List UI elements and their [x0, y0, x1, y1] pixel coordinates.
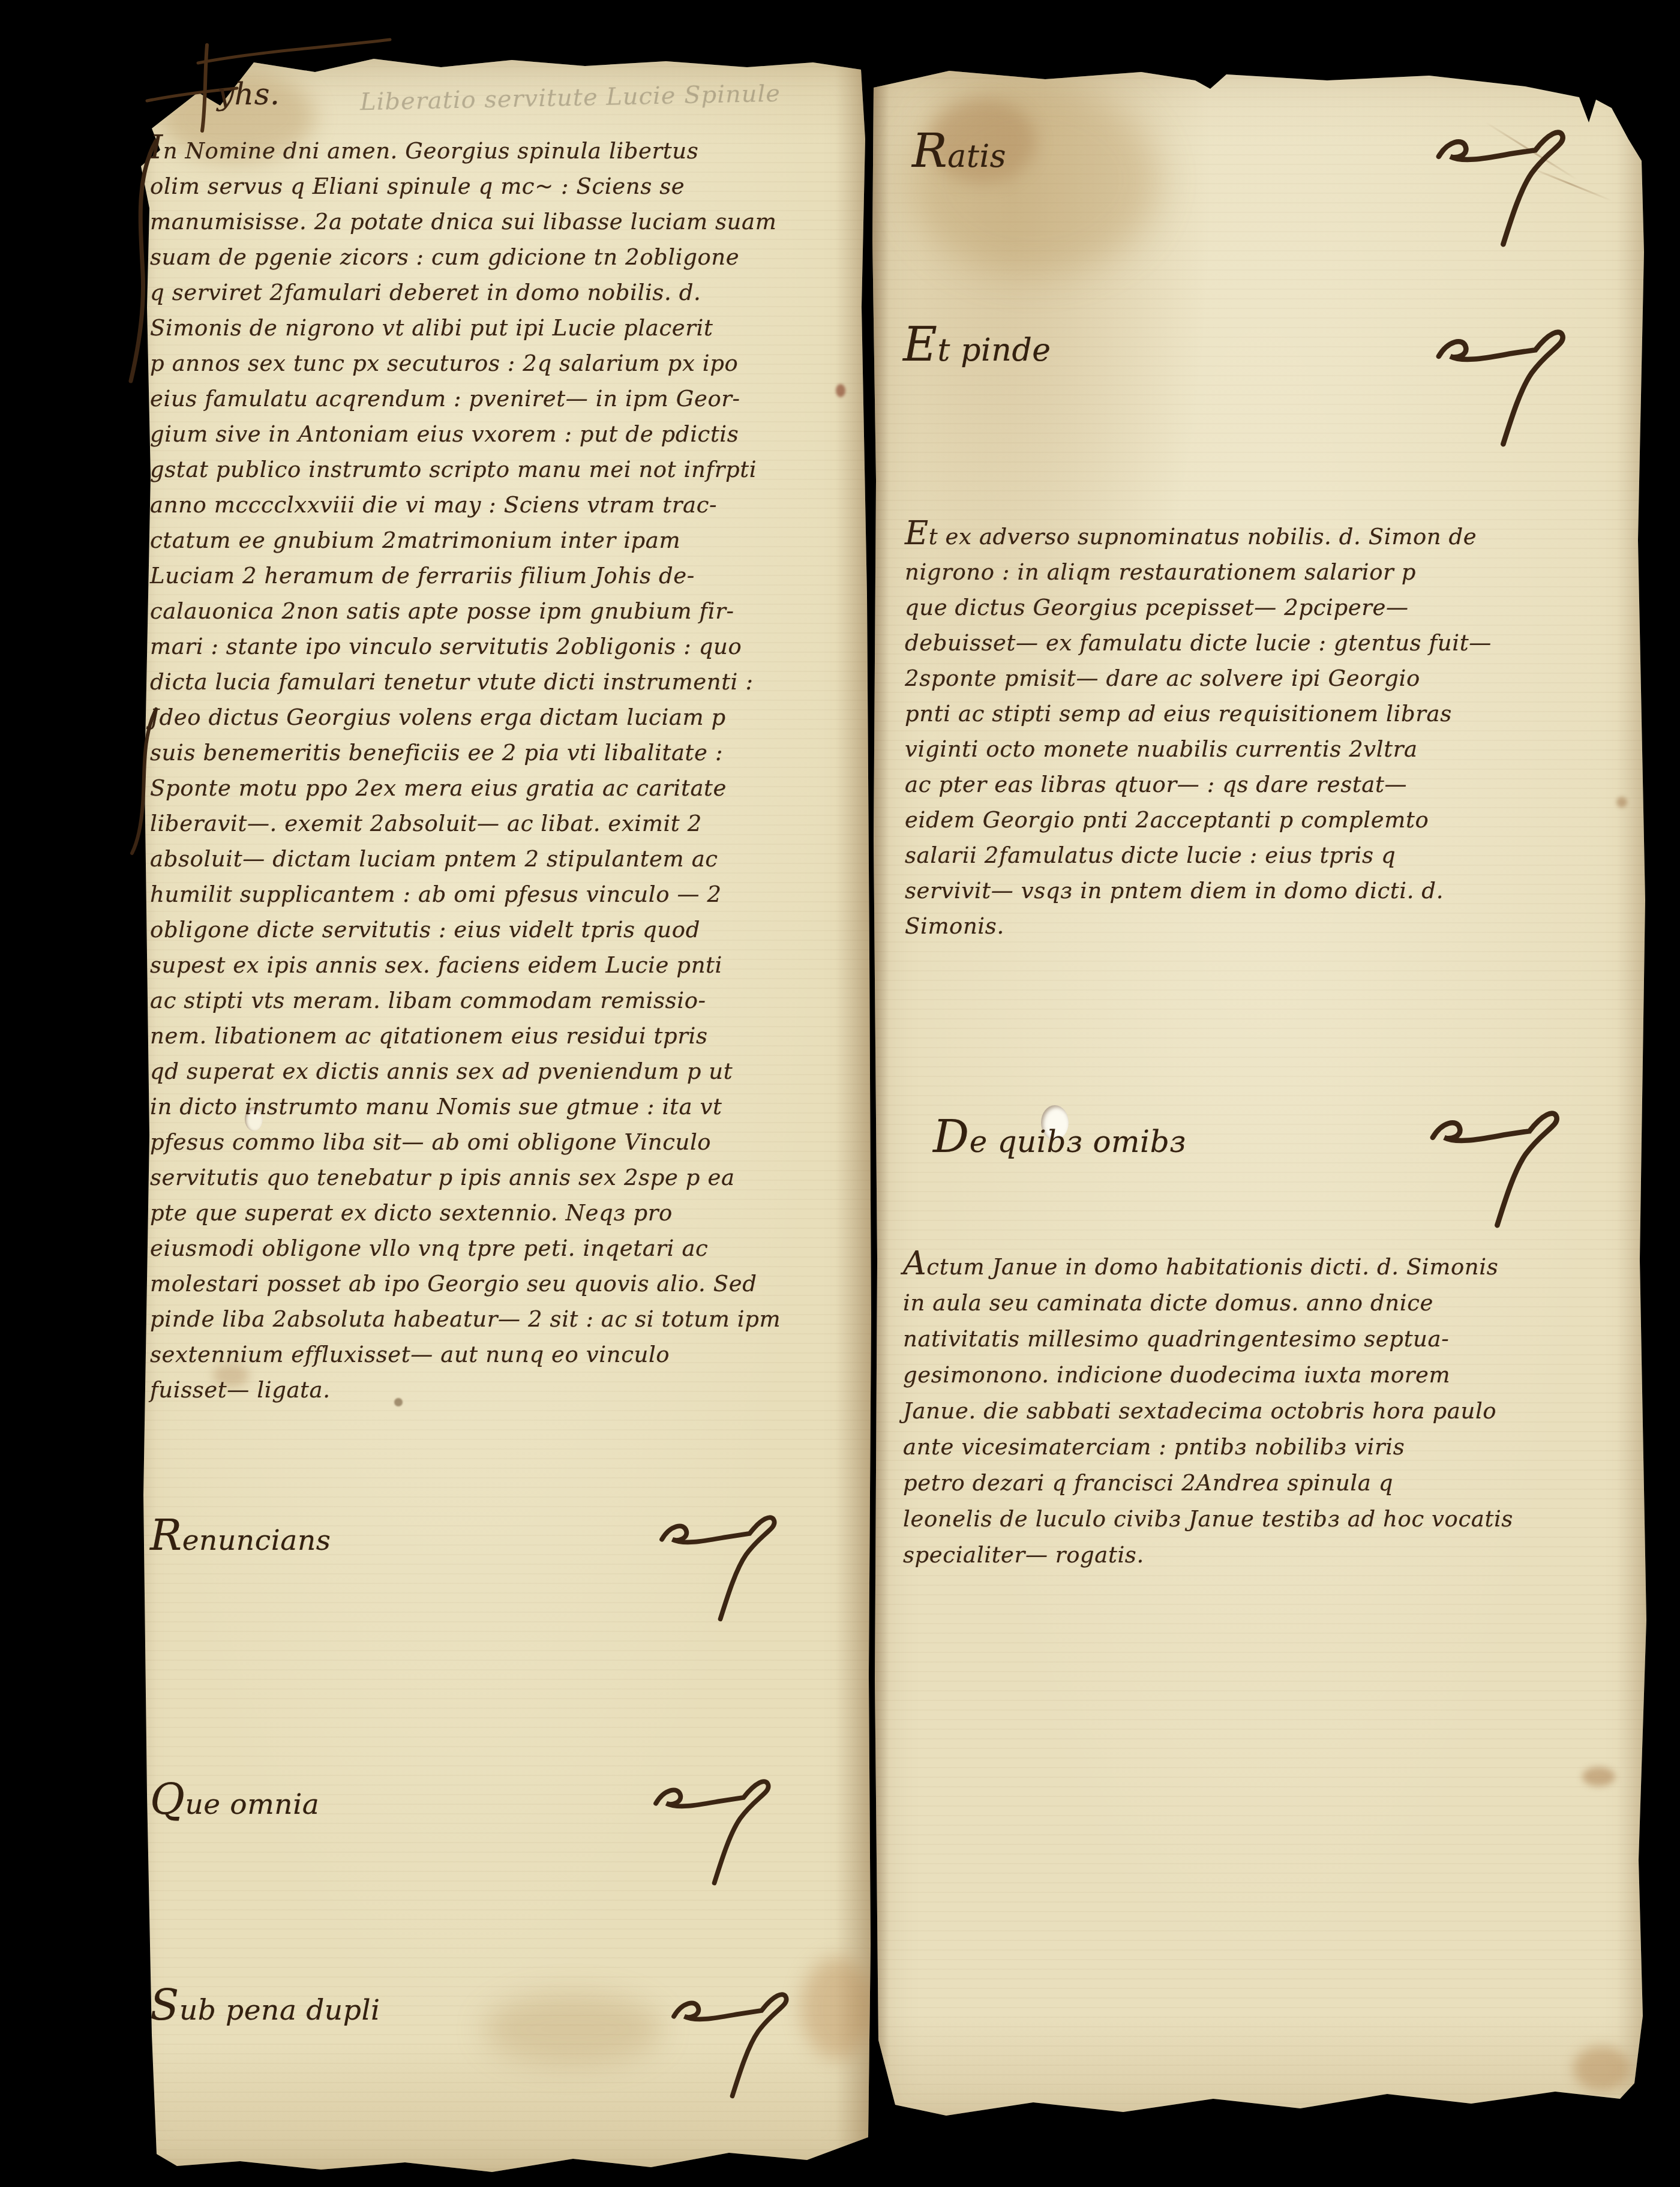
manuscript-photo: yhs. Liberatio servitute Lucie Spinule I…	[0, 0, 1680, 2187]
manuscript-line: pte que superat ex dicto sextennio. Neqз…	[150, 1195, 867, 1231]
manuscript-line: qd superat ex dictis annis sex ad pvenie…	[150, 1054, 867, 1089]
manuscript-line: Jdeo dictus Georgius volens erga dictam …	[150, 700, 867, 735]
manuscript-line: nem. libationem ac qitationem eius resid…	[150, 1018, 867, 1054]
manuscript-line: suis benemeritis beneficiis ee 2 pia vti…	[150, 735, 867, 770]
manuscript-line: Et ex adverso supnominatus nobilis. d. S…	[905, 519, 1649, 554]
etcetera-flourish	[1425, 1104, 1572, 1233]
manuscript-line: viginti octo monete nuabilis currentis 2…	[905, 731, 1649, 767]
manuscript-line: absoluit— dictam luciam pntem 2 stipulan…	[150, 841, 867, 877]
manuscript-line: ante vicesimaterciam : pntibз nobilibз v…	[903, 1429, 1650, 1465]
etcetera-flourish	[645, 1773, 786, 1890]
manuscript-line: p annos sex tunc px secuturos : 2q salar…	[150, 346, 867, 381]
manuscript-line: Luciam 2 heramum de ferrariis filium Joh…	[150, 558, 867, 593]
manuscript-line: olim servus q Eliani spinule q mc~ : Sci…	[150, 169, 867, 204]
manuscript-line: eius famulatu acqrendum : pveniret— in i…	[150, 381, 867, 416]
stain	[1582, 1767, 1615, 1786]
manuscript-line: Simonis.	[905, 908, 1649, 944]
manuscript-line: nativitatis millesimo quadringentesimo s…	[903, 1321, 1650, 1357]
manuscript-line: gesimonono. indicione duodecima iuxta mo…	[903, 1357, 1650, 1393]
heading-et-pinde: Et pinde	[903, 329, 1051, 368]
manuscript-line: salarii 2famulatus dicte lucie : eius tp…	[905, 838, 1649, 873]
etcetera-flourish	[1431, 123, 1578, 252]
manuscript-line: obligone dicte servitutis : eius videlt …	[150, 912, 867, 947]
manuscript-line: gium sive in Antoniam eius vxorem : put …	[150, 416, 867, 452]
manuscript-line: calauonica 2non satis apte posse ipm gnu…	[150, 593, 867, 629]
clause-renuncians: Renuncians	[150, 1521, 331, 1557]
stain	[483, 1993, 663, 2065]
manuscript-line: pfesus commo liba sit— ab omi obligone V…	[150, 1124, 867, 1160]
manuscript-line: Actum Janue in domo habitationis dicti. …	[903, 1249, 1650, 1285]
clause-sub-pena-dupli: Sub pena dupli	[150, 1991, 380, 2027]
manuscript-line: 2sponte pmisit— dare ac solvere ipi Geor…	[905, 661, 1649, 696]
manuscript-line: q serviret 2famulari deberet in domo nob…	[150, 275, 867, 310]
manuscript-line: fuisset— ligata.	[150, 1372, 867, 1408]
manuscript-line: molestari posset ab ipo Georgio seu quov…	[150, 1266, 867, 1301]
manuscript-line: dicta lucia famulari tenetur vtute dicti…	[150, 664, 867, 700]
stain	[907, 84, 1159, 276]
manuscript-line: petro dezari q francisci 2Andrea spinula…	[903, 1465, 1650, 1501]
manuscript-line: servitutis quo tenebatur p ipis annis se…	[150, 1160, 867, 1195]
manuscript-line: liberavit—. exemit 2absoluit— ac libat. …	[150, 806, 867, 841]
stain	[1573, 2046, 1630, 2091]
manuscript-line: que dictus Georgius pcepisset— 2pcipere—	[905, 590, 1649, 625]
clause-de-quibus-omnibus: De quibз omibз	[933, 1121, 1186, 1159]
manuscript-line: mari : stante ipo vinculo servitutis 2ob…	[150, 629, 867, 664]
clause-que-omnia: Que omnia	[150, 1785, 319, 1821]
etcetera-flourish	[663, 1986, 804, 2103]
manuscript-line: Janue. die sabbati sextadecima octobris …	[903, 1393, 1650, 1429]
manuscript-line: pnti ac stipti semp ad eius requisitione…	[905, 696, 1649, 731]
right-page-actum-paragraph: Actum Janue in domo habitationis dicti. …	[903, 1249, 1650, 1573]
manuscript-line: eidem Georgio pnti 2acceptanti p complem…	[905, 802, 1649, 838]
manuscript-line: gstat publico instrumto scripto manu mei…	[150, 452, 867, 487]
right-page-promise-paragraph: Et ex adverso supnominatus nobilis. d. S…	[905, 519, 1649, 944]
stain	[801, 1957, 873, 2059]
manuscript-line: nigrono : in aliqm restaurationem salari…	[905, 554, 1649, 590]
manuscript-line: eiusmodi obligone vllo vnq tpre peti. in…	[150, 1231, 867, 1266]
manuscript-line: anno mcccclxxviii die vi may : Sciens vt…	[150, 487, 867, 523]
manuscript-line: manumisisse. 2a potate dnica sui libasse…	[150, 204, 867, 239]
manuscript-line: specialiter— rogatis.	[903, 1537, 1650, 1573]
invocation-monogram: yhs.	[217, 77, 280, 112]
manuscript-line: Simonis de nigrono vt alibi put ipi Luci…	[150, 310, 867, 346]
left-page-text-block: In Nomine dni amen. Georgius spinula lib…	[150, 133, 867, 1408]
manuscript-line: suam de pgenie zicors : cum gdicione tn …	[150, 239, 867, 275]
manuscript-line: supest ex ipis annis sex. faciens eidem …	[150, 947, 867, 983]
manuscript-line: servivit— vsqз in pntem diem in domo dic…	[905, 873, 1649, 908]
manuscript-line: in aula seu caminata dicte domus. anno d…	[903, 1285, 1650, 1321]
manuscript-line: ctatum ee gnubium 2matrimonium inter ipa…	[150, 523, 867, 558]
etcetera-flourish	[651, 1509, 792, 1626]
manuscript-line: in dicto instrumto manu Nomis sue gtmue …	[150, 1089, 867, 1124]
etcetera-flourish	[1431, 323, 1578, 452]
manuscript-line: pinde liba 2absoluta habeatur— 2 sit : a…	[150, 1301, 867, 1337]
manuscript-line: debuisset— ex famulatu dicte lucie : gte…	[905, 625, 1649, 661]
manuscript-line: ac pter eas libras qtuor— : qs dare rest…	[905, 767, 1649, 802]
heading-ratis: Ratis	[912, 135, 1006, 175]
manuscript-line: Sponte motu ppo 2ex mera eius gratia ac …	[150, 770, 867, 806]
manuscript-line: ac stipti vts meram. libam commodam remi…	[150, 983, 867, 1018]
manuscript-line: humilit supplicantem : ab omi pfesus vin…	[150, 877, 867, 912]
manuscript-line: leonelis de luculo civibз Janue testibз …	[903, 1501, 1650, 1537]
manuscript-line: In Nomine dni amen. Georgius spinula lib…	[150, 133, 867, 169]
manuscript-line: sextennium effluxisset— aut nunq eo vinc…	[150, 1337, 867, 1372]
